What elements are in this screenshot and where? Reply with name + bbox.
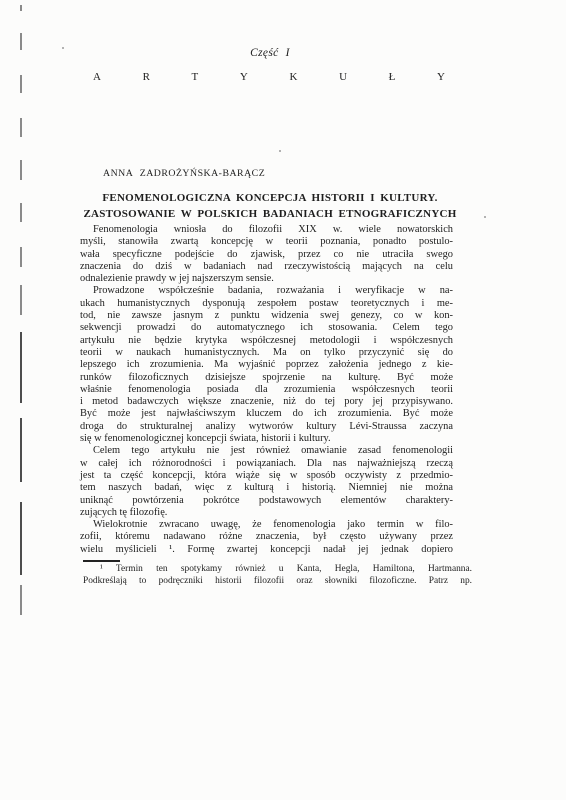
text-line: sekwencji prowadzi do automatycznego ich…: [80, 322, 453, 334]
text-line: zofii, któremu nadawano różne znaczenia,…: [80, 531, 453, 543]
text-line: Podkreślają to podręczniki historii filo…: [83, 575, 472, 587]
text-line: właśnie fenomenologia posiada dla zrozum…: [80, 384, 453, 396]
text-line: tod, nie zawsze jasnym z punktu widzenia…: [80, 310, 453, 322]
scan-artifact-dash: [20, 332, 22, 403]
scan-artifact-dash: [20, 160, 22, 180]
text-line: i metod badawczych większe znaczenie, ni…: [80, 396, 453, 408]
section-heading-letter: Y: [240, 71, 248, 83]
article-title-line-2: ZASTOSOWANIE W POLSKICH BADANIACH ETNOGR…: [60, 206, 480, 222]
scan-artifact-dash: [20, 75, 22, 93]
text-line: Być może jest najwłaściwszym kluczem do …: [80, 408, 453, 420]
scan-artifact-dash: [20, 5, 22, 11]
section-heading-letter: U: [339, 71, 347, 83]
section-heading-letter: A: [93, 71, 101, 83]
text-line: się w fenomenologicznej koncepcji świata…: [80, 433, 453, 445]
scanned-document-page: Część I ARTYKUŁY ANNA ZADROŻYŃSKA-BARĄCZ…: [0, 0, 566, 800]
scan-artifact-dash: [20, 418, 22, 482]
section-heading-letter: Y: [437, 71, 445, 83]
text-line: zujących tę filozofię.: [80, 507, 453, 519]
scan-artifact-dash: [20, 33, 22, 50]
footnote-separator: [83, 560, 120, 562]
text-line: znaczenia do dziś w badaniach nad rzeczy…: [80, 261, 453, 273]
text-line: myśli, stanowiła zwartą koncepcję w teor…: [80, 236, 453, 248]
scan-artifact-dash: [20, 285, 22, 315]
section-heading-letter: T: [192, 71, 199, 83]
text-line: ukach humanistycznych dysponują zespołem…: [80, 298, 453, 310]
scan-artifact-dash: [20, 502, 22, 575]
text-line: tem naszych badań, więc z kulturą i hist…: [80, 482, 453, 494]
text-line: artykułu nie będzie krytyka współczesnej…: [80, 335, 453, 347]
text-line: odnalezienie prawdy w jej najszerszym se…: [80, 273, 453, 285]
text-line: lepszego ich zrozumienia. Ma wyjaśnić po…: [80, 359, 453, 371]
text-line: wielu myślicieli ¹. Formę zwartej koncep…: [80, 544, 453, 556]
scan-artifact-dash: [20, 585, 22, 615]
section-heading: ARTYKUŁY: [93, 71, 445, 83]
section-heading-letter: K: [289, 71, 297, 83]
text-line: uniknąć powtórzenia pokrótce podstawowyc…: [80, 495, 453, 507]
text-line: runków filozoficznych dzisiejsze spojrze…: [80, 372, 453, 384]
text-line: droga do strukturalnej analizy wytworów …: [80, 421, 453, 433]
text-line: teorii w naukach humanistycznych. Ma on …: [80, 347, 453, 359]
text-line: Fenomenologia wniosła do filozofii XIX w…: [80, 224, 453, 236]
part-label: Część I: [250, 47, 290, 59]
text-line: Wielokrotnie zwracano uwagę, że fenomeno…: [80, 519, 453, 531]
scan-artifact-speck: [484, 216, 486, 218]
section-heading-letter: Ł: [389, 71, 396, 83]
article-title: FENOMENOLOGICZNA KONCEPCJA HISTORII I KU…: [60, 190, 480, 222]
scan-artifact-dash: [20, 203, 22, 222]
section-heading-letter: R: [143, 71, 150, 83]
scan-artifact-dash: [20, 118, 22, 137]
article-body: Fenomenologia wniosła do filozofii XIX w…: [80, 224, 453, 556]
text-line: Prowadzone współcześnie badania, rozważa…: [80, 285, 453, 297]
text-line: w całej ich różnorodności i powiązaniach…: [80, 458, 453, 470]
text-line: Celem tego artykułu nie jest również oma…: [80, 445, 453, 457]
footnote: ¹ Termin ten spotykamy również u Kanta, …: [83, 563, 472, 588]
text-line: ¹ Termin ten spotykamy również u Kanta, …: [83, 563, 472, 575]
author-name: ANNA ZADROŻYŃSKA-BARĄCZ: [103, 168, 265, 179]
scan-artifact-speck: [62, 47, 64, 49]
scan-artifact-speck: [279, 150, 281, 152]
text-line: jest ta część koncepcji, która wiąże się…: [80, 470, 453, 482]
text-line: wała specyficzne podejście do zjawisk, p…: [80, 249, 453, 261]
article-title-line-1: FENOMENOLOGICZNA KONCEPCJA HISTORII I KU…: [60, 190, 480, 206]
scan-artifact-dash: [20, 247, 22, 267]
